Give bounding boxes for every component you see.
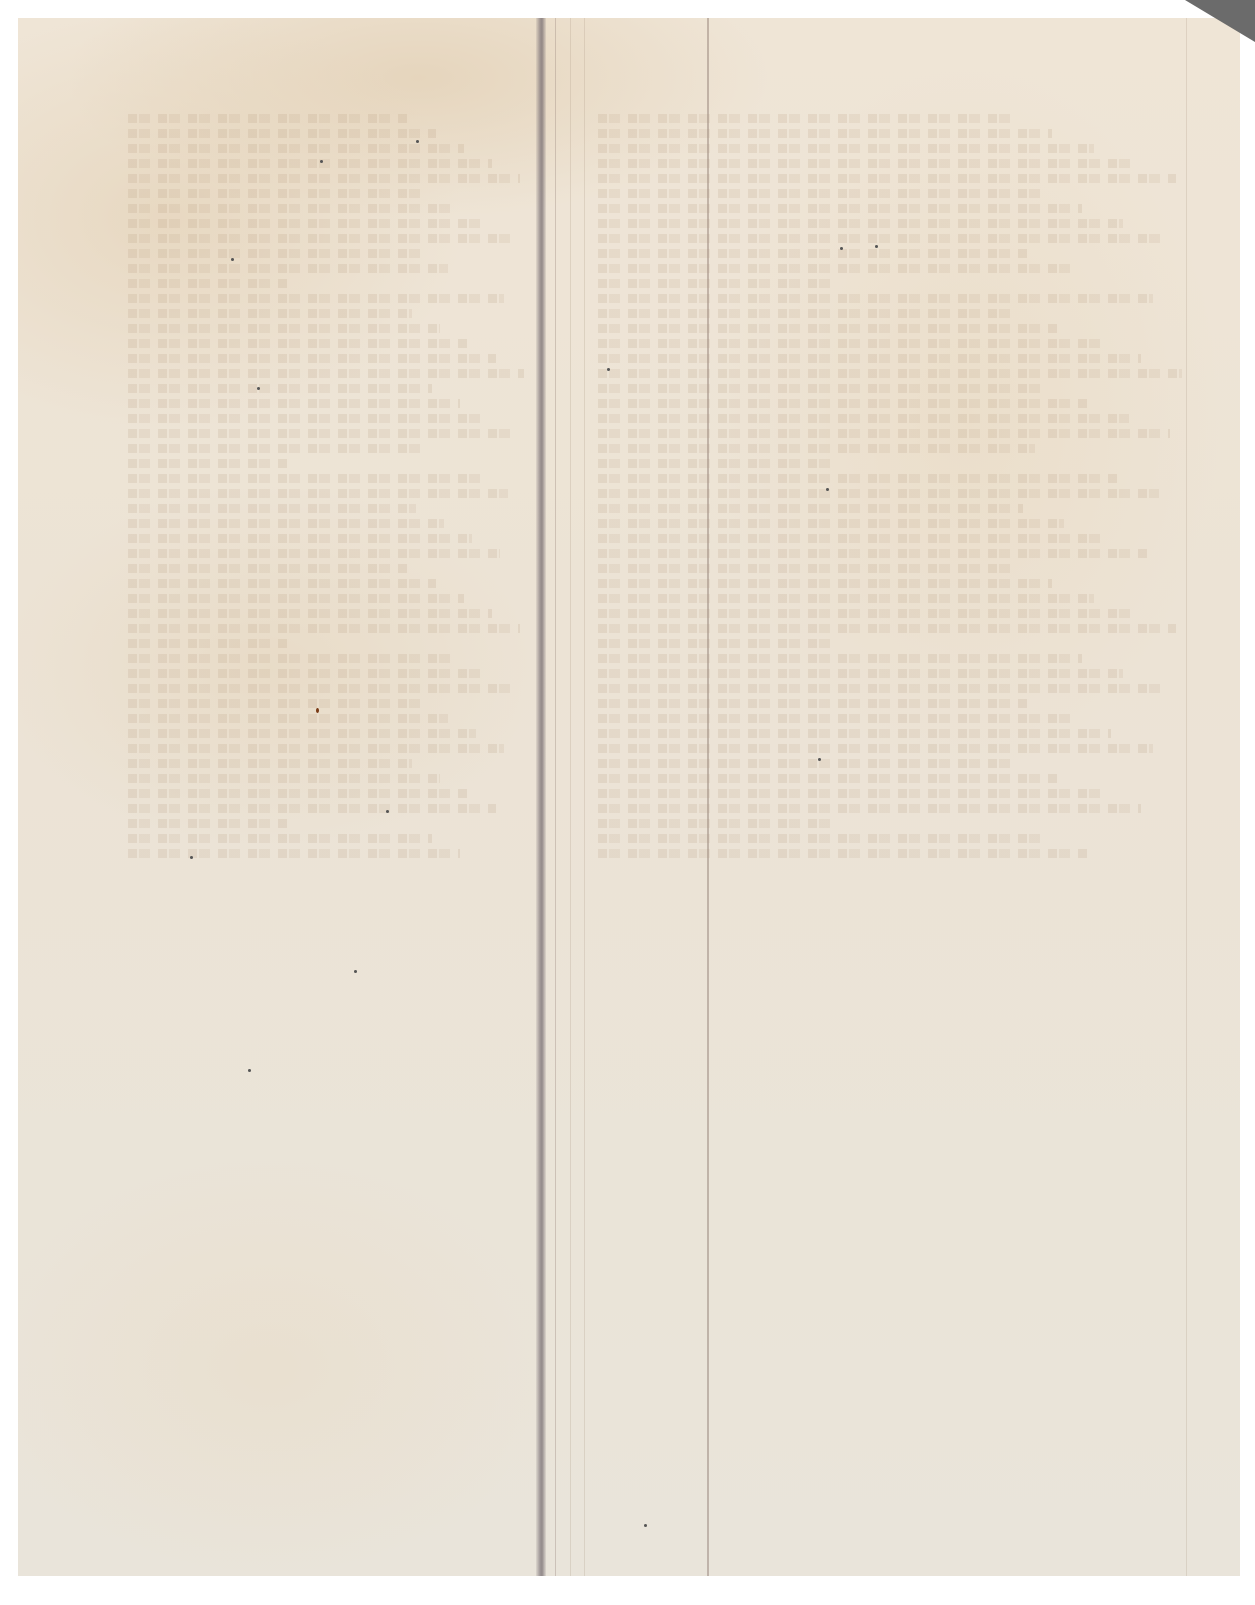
page-bottom-edge — [18, 1576, 1240, 1590]
bleed-through-line — [128, 669, 484, 678]
bleed-through-line — [128, 714, 448, 723]
paper-speck — [644, 1524, 647, 1527]
paper-speck — [607, 368, 610, 371]
bleed-through-line — [598, 504, 1023, 513]
bleed-through-line — [128, 414, 488, 423]
bleed-through-line — [598, 759, 1017, 768]
bleed-through-line — [598, 129, 1052, 138]
bleed-through-line — [598, 774, 1058, 783]
bleed-through-line — [598, 444, 1035, 453]
bleed-through-line — [598, 204, 1082, 213]
bleed-through-line — [128, 129, 436, 138]
bleed-through-line — [128, 444, 424, 453]
bleed-through-line — [598, 579, 1052, 588]
bleed-through-line — [128, 324, 440, 333]
paper-speck — [826, 488, 829, 491]
bleed-through-line — [598, 249, 1029, 258]
bleed-through-line — [128, 234, 512, 243]
bleed-through-line — [128, 819, 288, 828]
bleed-through-line — [128, 264, 448, 273]
bleed-through-line — [598, 819, 834, 828]
bleed-through-line — [128, 474, 480, 483]
paper-speck — [320, 160, 323, 163]
paper-speck — [416, 140, 419, 143]
bleed-through-line — [598, 654, 1082, 663]
bleed-through-line — [598, 234, 1164, 243]
bleed-through-line — [128, 789, 468, 798]
bleed-through-line — [598, 474, 1117, 483]
bleed-through-line — [128, 174, 520, 183]
bleed-through-line — [598, 714, 1070, 723]
bleed-through-line — [128, 564, 408, 573]
bleed-through-line — [598, 159, 1135, 168]
bleed-through-line — [128, 594, 464, 603]
bleed-through-line — [598, 594, 1094, 603]
bleed-through-line — [128, 549, 500, 558]
bleed-through-line — [598, 804, 1141, 813]
bleed-through-line — [598, 489, 1159, 498]
bleed-through-line — [128, 204, 456, 213]
bleed-through-line — [598, 459, 834, 468]
bleed-through-line — [598, 324, 1058, 333]
bleed-through-line — [128, 489, 508, 498]
bleed-through-line — [598, 669, 1123, 678]
bleed-through-line — [598, 114, 1011, 123]
bleed-through-line — [128, 774, 440, 783]
bleed-through-line — [598, 639, 834, 648]
bleed-through-line — [598, 549, 1147, 558]
bleed-through-line — [598, 174, 1176, 183]
bleed-through-line — [598, 609, 1135, 618]
paper-speck — [231, 258, 234, 261]
bleed-through-line — [598, 849, 1088, 858]
bleed-through-line — [128, 729, 476, 738]
bleed-through-line — [598, 789, 1100, 798]
bleed-through-line — [128, 639, 288, 648]
rust-speck — [316, 708, 319, 713]
scanned-page — [18, 18, 1240, 1590]
paper-speck — [386, 810, 389, 813]
bleed-through-line — [598, 294, 1153, 303]
bleed-through-line — [598, 684, 1164, 693]
bleed-through-line — [128, 624, 520, 633]
bleed-through-line — [128, 144, 464, 153]
bleed-through-line — [128, 249, 420, 258]
bleed-through-line — [598, 264, 1070, 273]
bleed-through-line — [598, 219, 1123, 228]
bleed-through-line — [128, 189, 428, 198]
bleed-through-line — [598, 354, 1141, 363]
paper-speck — [840, 247, 843, 250]
bleed-through-line — [128, 159, 492, 168]
bleed-through-line — [598, 729, 1111, 738]
bleed-through-line — [598, 624, 1176, 633]
paper-speck — [248, 1069, 251, 1072]
paper-speck — [354, 970, 357, 973]
bleed-through-line — [128, 579, 436, 588]
bleed-through-line — [598, 414, 1129, 423]
bleed-through-line — [598, 369, 1182, 378]
bleed-through-line — [128, 534, 472, 543]
bleed-through-line — [598, 399, 1088, 408]
bleed-through-line — [128, 849, 460, 858]
bleed-through-line — [128, 369, 524, 378]
bleed-through-line — [128, 459, 288, 468]
folded-corner — [1185, 0, 1255, 42]
bleed-through-line — [128, 399, 460, 408]
bleed-through-line — [598, 339, 1100, 348]
scanner-streak-thin — [584, 18, 585, 1590]
bleed-through-line — [128, 429, 516, 438]
bleed-through-line — [128, 609, 492, 618]
bleed-through-text-left — [128, 108, 528, 864]
bleed-through-line — [598, 279, 834, 288]
paper-speck — [190, 856, 193, 859]
scanner-streak-thin — [555, 18, 556, 1590]
bleed-through-line — [598, 519, 1064, 528]
bleed-through-line — [128, 759, 412, 768]
bleed-through-line — [128, 519, 444, 528]
scanner-streak-thin — [570, 18, 571, 1590]
bleed-through-line — [598, 744, 1153, 753]
bleed-through-line — [598, 144, 1094, 153]
bleed-through-line — [598, 699, 1029, 708]
bleed-through-line — [598, 564, 1011, 573]
bleed-through-line — [128, 339, 468, 348]
bleed-through-line — [598, 834, 1046, 843]
bleed-through-line — [598, 309, 1017, 318]
bleed-through-line — [128, 654, 456, 663]
bleed-through-line — [128, 114, 408, 123]
bleed-through-line — [128, 504, 416, 513]
bleed-through-line — [598, 189, 1041, 198]
bleed-through-line — [598, 384, 1046, 393]
bleed-through-line — [128, 294, 504, 303]
bleed-through-line — [128, 684, 512, 693]
paper-speck — [257, 387, 260, 390]
bleed-through-line — [128, 804, 496, 813]
bleed-through-line — [598, 429, 1170, 438]
bleed-through-line — [128, 384, 432, 393]
paper-speck — [875, 245, 878, 248]
bleed-through-line — [128, 699, 420, 708]
bleed-through-line — [128, 834, 432, 843]
bleed-through-line — [128, 354, 496, 363]
bleed-through-line — [128, 279, 288, 288]
bleed-through-line — [128, 219, 484, 228]
bleed-through-line — [598, 534, 1105, 543]
paper-speck — [818, 758, 821, 761]
scanner-streak — [536, 18, 546, 1590]
bleed-through-line — [128, 309, 412, 318]
bleed-through-text-right — [598, 108, 1188, 864]
bleed-through-line — [128, 744, 504, 753]
